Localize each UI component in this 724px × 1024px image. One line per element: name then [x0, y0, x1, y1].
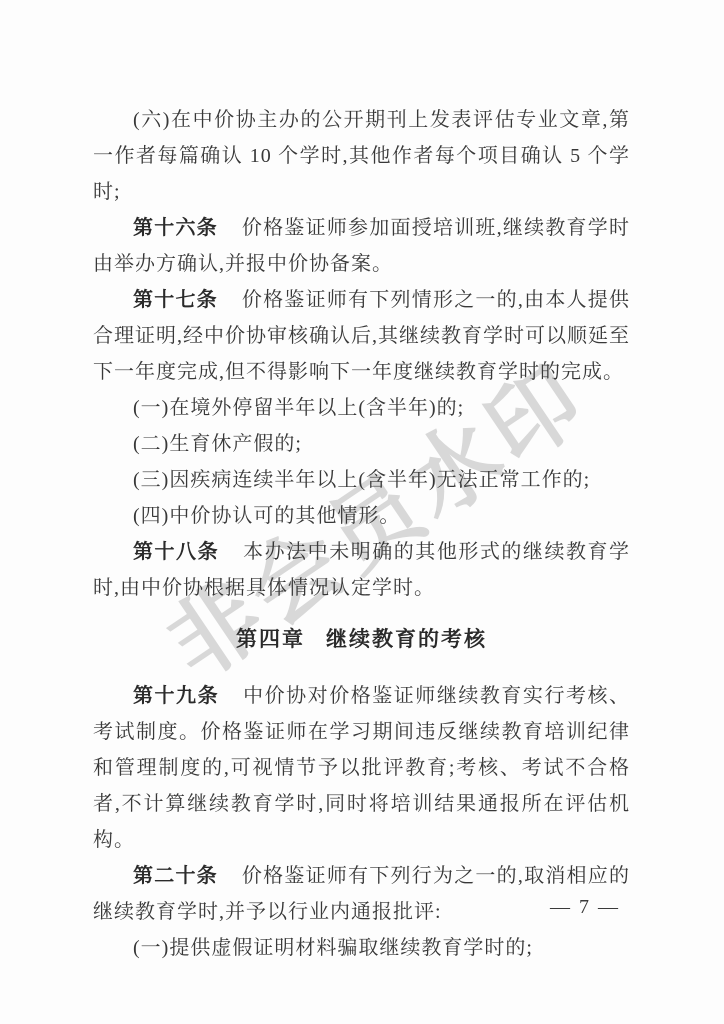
article-number: 第二十条 [133, 865, 218, 887]
chapter-title: 继续教育的考核 [326, 628, 487, 651]
chapter-heading: 第四章继续教育的考核 [93, 622, 630, 658]
chapter-number: 第四章 [236, 628, 305, 651]
paragraph-article-19: 第十九条中价协对价格鉴证师继续教育实行考核、考试制度。价格鉴证师在学习期间违反继… [93, 678, 630, 858]
paragraph-article-18: 第十八条本办法中未明确的其他形式的继续教育学时,由中价协根据具体情况认定学时。 [93, 534, 630, 606]
paragraph-item-4-other: (四)中价协认可的其他情形。 [93, 498, 630, 534]
article-text: 中价协对价格鉴证师继续教育实行考核、考试制度。价格鉴证师在学习期间违反继续教育培… [93, 685, 630, 851]
document-body-text: (六)在中价协主办的公开期刊上发表评估专业文章,第一作者每篇确认 10 个学时,… [93, 102, 630, 966]
article-number: 第十九条 [133, 685, 219, 707]
paragraph-item-1-fraud: (一)提供虚假证明材料骗取继续教育学时的; [93, 930, 630, 966]
paragraph-item-3-illness: (三)因疾病连续半年以上(含半年)无法正常工作的; [93, 462, 630, 498]
paragraph-article-16: 第十六条价格鉴证师参加面授培训班,继续教育学时由举办方确认,并报中价协备案。 [93, 210, 630, 282]
article-number: 第十八条 [133, 541, 219, 563]
page-number: — 7 — [93, 894, 630, 920]
article-number: 第十七条 [133, 289, 218, 311]
paragraph-item-1-abroad: (一)在境外停留半年以上(含半年)的; [93, 390, 630, 426]
paragraph-article-17: 第十七条价格鉴证师有下列情形之一的,由本人提供合理证明,经中价协审核确认后,其继… [93, 282, 630, 390]
paragraph-item-6-publication: (六)在中价协主办的公开期刊上发表评估专业文章,第一作者每篇确认 10 个学时,… [93, 102, 630, 210]
document-page: { "page": { "background_color": "#fdfdfd… [0, 0, 724, 1024]
paragraph-item-2-maternity: (二)生育休产假的; [93, 426, 630, 462]
article-number: 第十六条 [133, 217, 218, 239]
